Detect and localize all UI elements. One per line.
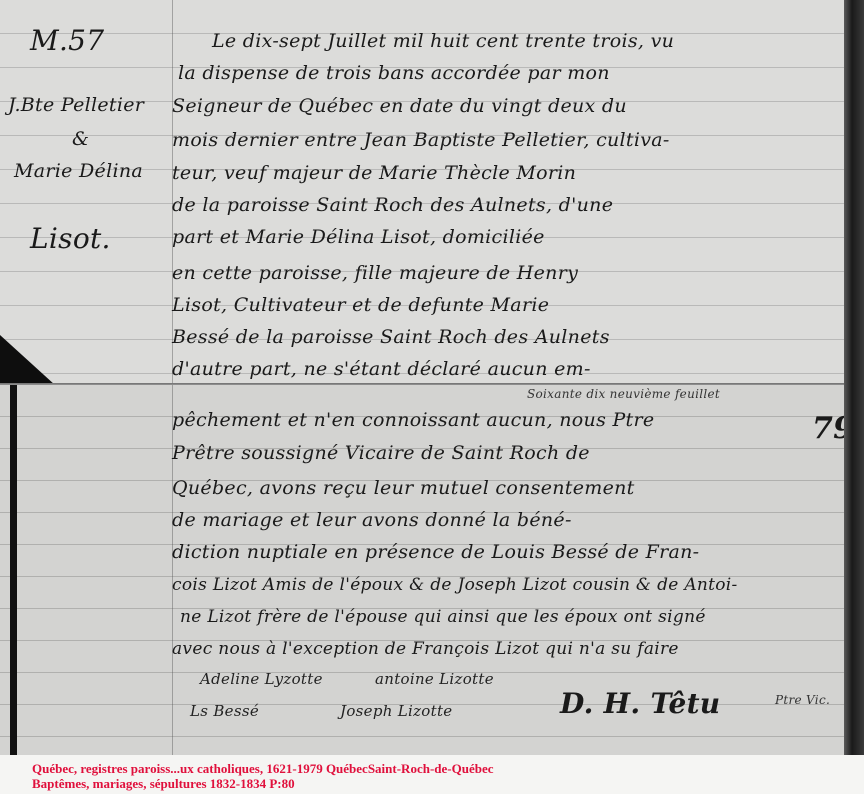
margin-rule [172,385,173,755]
signature-witness: Ls Bessé [190,702,259,720]
record-line: mois dernier entre Jean Baptiste Pelleti… [172,129,670,151]
record-line: ne Lizot frère de l'épouse qui ainsi que… [180,607,706,627]
priest-title: Ptre Vic. [775,693,830,707]
record-line: diction nuptiale en présence de Louis Be… [172,541,699,563]
record-line: Québec, avons reçu leur mutuel consentem… [172,477,635,499]
caption-line-1: Québec, registres paroiss...ux catholiqu… [32,761,494,776]
binding-edge [10,385,17,755]
folio-note: Soixante dix neuvième feuillet [527,387,720,401]
binding-gutter [844,0,864,755]
signature-witness: Joseph Lizotte [340,702,452,720]
record-line: la dispense de trois bans accordée par m… [178,62,610,84]
margin-bride-last: Lisot. [30,222,111,255]
register-scan: M.57 J.Bte Pelletier & Marie Délina Liso… [0,0,864,755]
record-line: Prêtre soussigné Vicaire de Saint Roch d… [172,442,590,464]
record-line: en cette paroisse, fille majeure de Henr… [172,262,578,284]
entry-number: M.57 [30,24,104,57]
record-line: d'autre part, ne s'étant déclaré aucun e… [172,358,591,380]
record-line: pêchement et n'en connoissant aucun, nou… [172,409,654,431]
record-line: teur, veuf majeur de Marie Thècle Morin [172,162,576,184]
signature-witness: antoine Lizotte [375,670,494,688]
record-line: Lisot, Cultivateur et de defunte Marie [172,294,549,316]
record-line: avec nous à l'exception de François Lizo… [172,639,679,659]
page-lower-fragment: Soixante dix neuvième feuillet 79 pêchem… [0,385,864,755]
signature-priest: D. H. Têtu [560,687,720,720]
margin-bride-first: Marie Délina [14,160,143,182]
record-line: Seigneur de Québec en date du vingt deux… [172,95,627,117]
signature-witness: Adeline Lyzotte [200,670,323,688]
record-line: Le dix-sept Juillet mil huit cent trente… [212,30,674,52]
page-corner-shadow [0,335,55,385]
margin-connector: & [72,128,89,150]
caption-line-2: Baptêmes, mariages, sépultures 1832-1834… [32,776,494,791]
image-caption: Québec, registres paroiss...ux catholiqu… [32,761,494,791]
record-line: part et Marie Délina Lisot, domiciliée [172,226,545,248]
page-upper-fragment: M.57 J.Bte Pelletier & Marie Délina Liso… [0,0,864,385]
record-line: de mariage et leur avons donné la béné- [172,509,572,531]
record-line: Bessé de la paroisse Saint Roch des Auln… [172,326,610,348]
record-line: de la paroisse Saint Roch des Aulnets, d… [172,194,613,216]
margin-groom-name: J.Bte Pelletier [8,94,144,116]
record-line: cois Lizot Amis de l'époux & de Joseph L… [172,575,738,595]
